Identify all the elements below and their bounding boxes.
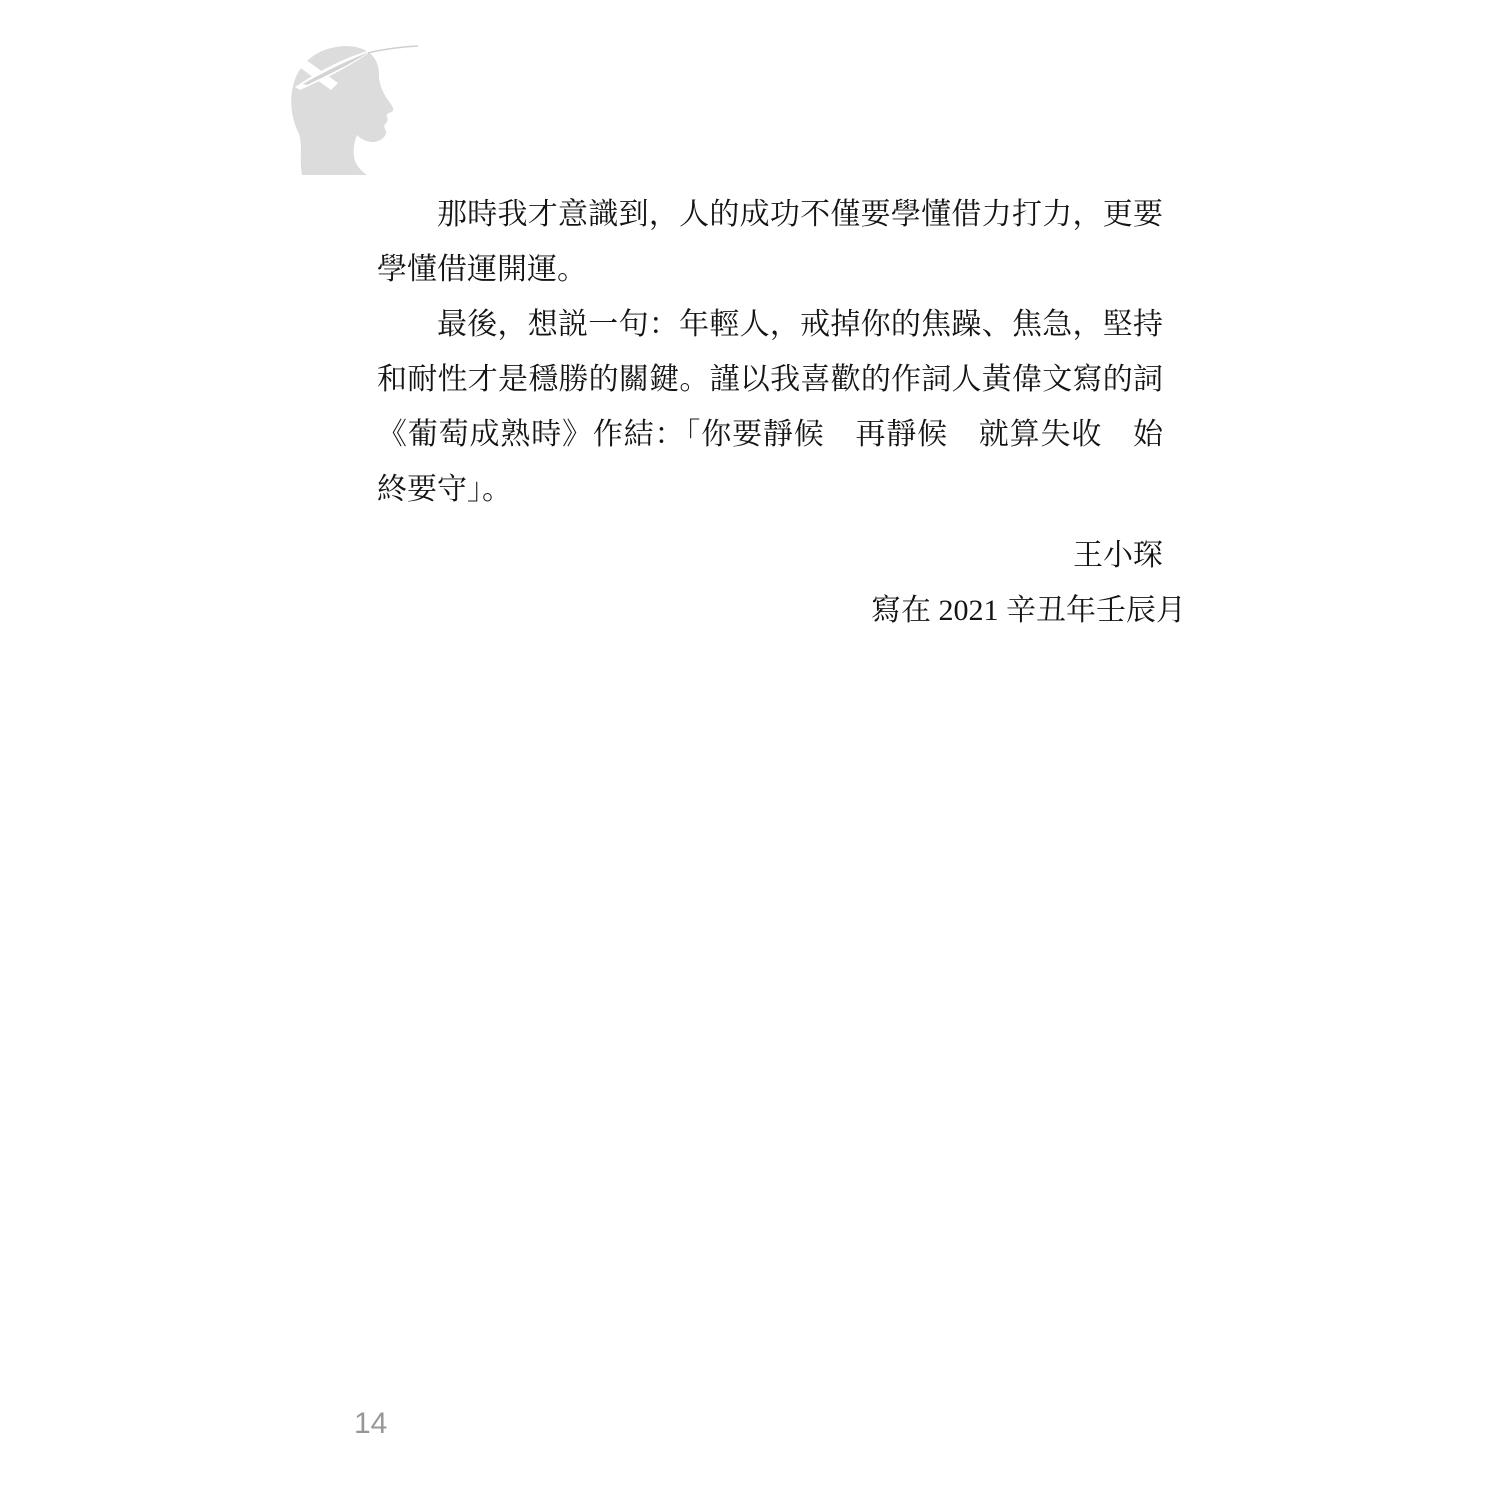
page-number: 14: [354, 1407, 387, 1441]
head-quill-logo: [282, 44, 422, 176]
book-page: 那時我才意識到，人的成功不僅要學懂借力打力，更要學懂借運開運。 最後，想説一句：…: [0, 0, 1500, 1500]
signature-name: 王小琛: [377, 528, 1163, 583]
feather-tip-line: [368, 46, 418, 53]
signature-date: 寫在 2021 辛丑年壬辰月: [377, 583, 1186, 638]
paragraph-2: 最後，想説一句：年輕人，戒掉你的焦躁、焦急，堅持和耐性才是穩勝的關鍵。謹以我喜歡…: [377, 297, 1163, 517]
paragraph-1: 那時我才意識到，人的成功不僅要學懂借力打力，更要學懂借運開運。: [377, 187, 1163, 297]
signature-block: 王小琛 寫在 2021 辛丑年壬辰月: [377, 528, 1163, 638]
text-block: 那時我才意識到，人的成功不僅要學懂借力打力，更要學懂借運開運。 最後，想説一句：…: [377, 187, 1163, 638]
